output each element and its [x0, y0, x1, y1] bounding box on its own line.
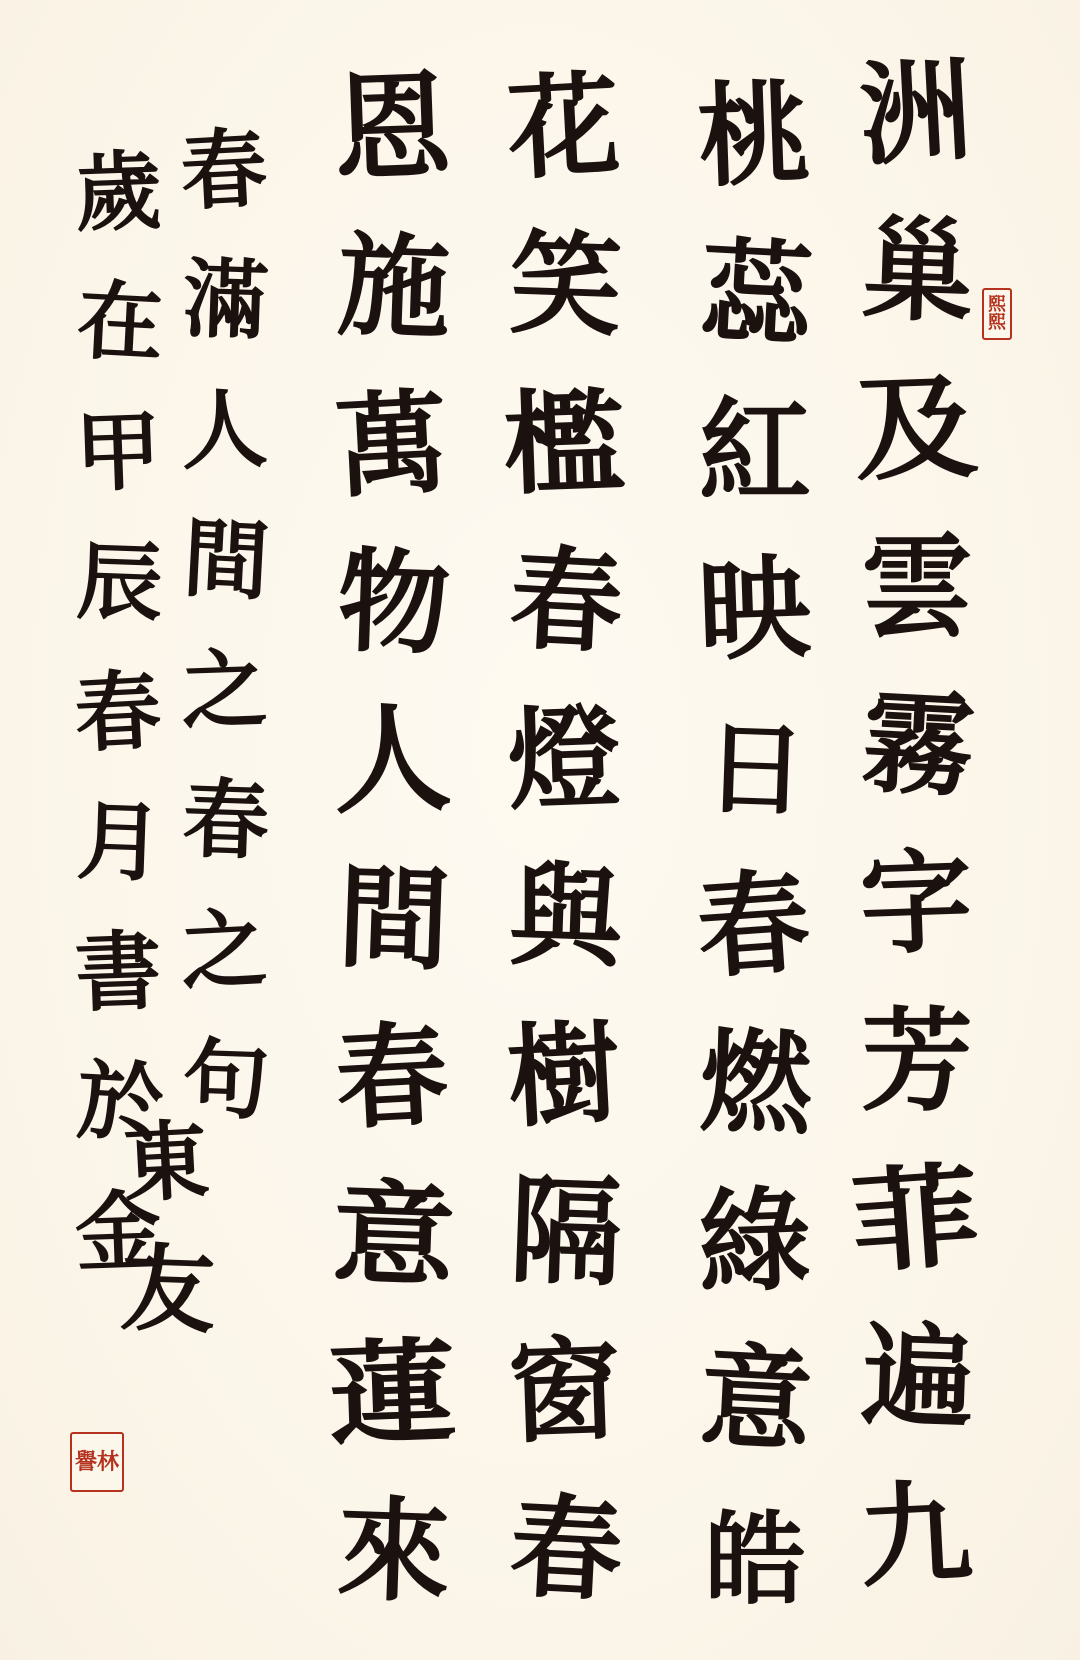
glyph: 蓮 [326, 1336, 460, 1498]
name-seal: 林 譽 [70, 1432, 124, 1492]
glyph: 霧 [857, 687, 977, 851]
glyph: 檻 [501, 386, 630, 548]
glyph: 間 [179, 516, 272, 650]
glyph: 字 [858, 846, 975, 1008]
glyph: 樹 [505, 1017, 625, 1181]
glyph: 及 [853, 372, 982, 534]
glyph: 芳 [861, 1006, 973, 1164]
glyph: 辰 [74, 539, 164, 672]
glyph: 春 [505, 543, 625, 707]
glyph: 春 [180, 777, 270, 910]
glyph: 桃 [696, 78, 813, 240]
glyph: 人 [180, 387, 270, 520]
glyph: 歲 [74, 149, 164, 282]
glyph: 友 [117, 1242, 217, 1388]
calligraphy-column-2: 桃 蕊 紅 映 日 春 燃 綠 意 皓 [690, 80, 820, 1660]
glyph: 蕊 [695, 235, 815, 399]
glyph: 綠 [696, 1184, 813, 1346]
glyph: 雲 [861, 532, 973, 690]
glyph: 來 [334, 1494, 451, 1656]
inscription-column-1: 春 滿 人 間 之 春 之 句 [170, 128, 280, 1168]
glyph: 物 [334, 546, 451, 708]
seal-char: 譽 [75, 1451, 97, 1473]
glyph: 萬 [333, 387, 453, 551]
leisure-seal: 熙 熙 [982, 288, 1012, 340]
signature-column: 東 友 [112, 1120, 222, 1380]
glyph: 人 [331, 700, 454, 870]
glyph: 映 [696, 552, 813, 714]
glyph: 洲 [857, 55, 977, 219]
glyph: 皓 [705, 1510, 806, 1652]
glyph: 施 [334, 230, 451, 392]
glyph: 燃 [696, 1026, 813, 1188]
glyph: 在 [73, 278, 166, 412]
glyph: 窗 [506, 1334, 623, 1496]
glyph: 隔 [506, 1172, 624, 1342]
seal-char: 林 [97, 1451, 119, 1473]
glyph: 間 [334, 862, 451, 1024]
glyph: 燈 [506, 702, 623, 864]
glyph: 甲 [74, 409, 164, 542]
glyph: 之 [180, 647, 270, 780]
seal-char: 熙 [988, 314, 1006, 332]
glyph: 菲 [847, 1160, 987, 1327]
glyph: 春 [694, 866, 817, 1031]
glyph: 日 [702, 718, 808, 864]
glyph: 春 [73, 668, 166, 802]
glyph: 巢 [858, 214, 975, 376]
calligraphy-column-4: 恩 施 萬 物 人 間 春 意 蓮 來 [328, 74, 458, 1654]
glyph: 意 [329, 1178, 458, 1340]
glyph: 東 [121, 1118, 214, 1252]
glyph: 春 [179, 126, 272, 260]
glyph: 滿 [180, 257, 270, 390]
glyph: 春 [505, 1491, 625, 1655]
glyph: 之 [179, 906, 272, 1040]
glyph: 遍 [858, 1320, 975, 1482]
glyph: 意 [695, 1341, 815, 1505]
glyph: 春 [333, 1019, 453, 1183]
glyph: 花 [505, 69, 625, 233]
glyph: 笑 [506, 228, 623, 390]
glyph: 與 [506, 860, 623, 1022]
calligraphy-column-1: 洲 巢 及 雲 霧 字 芳 菲 遍 九 [852, 58, 982, 1638]
glyph: 書 [74, 929, 164, 1062]
glyph: 恩 [331, 68, 454, 238]
calligraphy-column-3: 花 笑 檻 春 燈 與 樹 隔 窗 春 [500, 72, 630, 1652]
glyph: 紅 [699, 396, 811, 554]
glyph: 九 [857, 1477, 977, 1641]
glyph: 月 [74, 799, 164, 932]
